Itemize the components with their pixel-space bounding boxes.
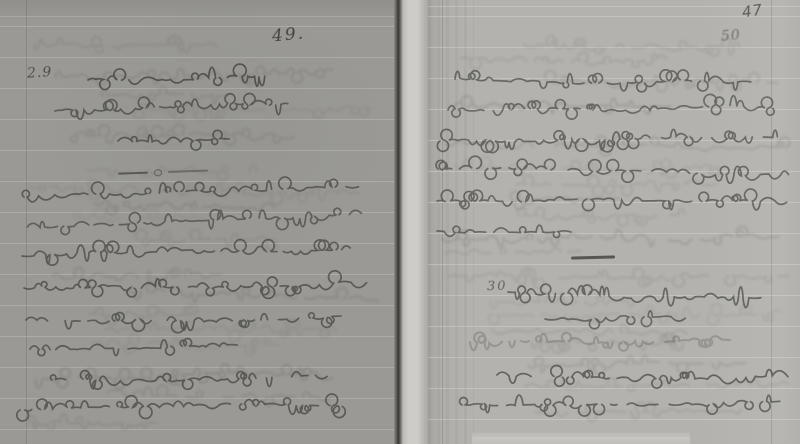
right-entry-number: 30: [487, 279, 508, 295]
corner-folio-number: 47: [741, 1, 764, 22]
divider-dash-icon: [118, 171, 148, 175]
right-page: [428, 0, 800, 444]
next-page-edge: [472, 431, 690, 444]
manuscript-scan: 49. 50 47 2.9 30: [0, 0, 800, 444]
book-gutter: [394, 0, 428, 444]
left-page: [0, 0, 394, 444]
right-page-number: 50: [720, 27, 741, 45]
divider-ring-icon: [154, 169, 162, 176]
left-entry-number: 2.9: [27, 64, 53, 81]
divider-thin-dash-icon: [168, 170, 208, 173]
left-page-number: 49.: [271, 24, 306, 47]
